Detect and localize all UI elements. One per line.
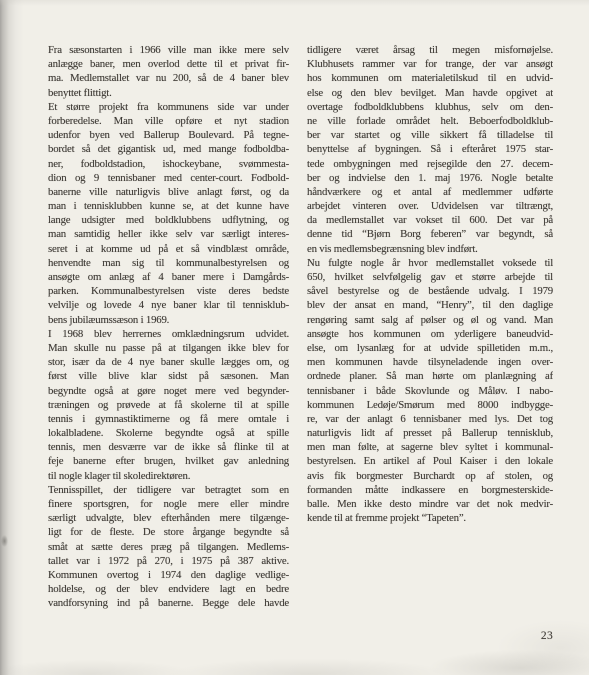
text-line: tidligere været årsag til megen misfornø… [307, 43, 553, 57]
text-line: parken. Kommunalbestyrelsen viste deres … [48, 284, 289, 298]
text-line: bordet så det gigantisk ud, med mange fo… [48, 142, 289, 156]
text-line: naturligvis lidt af presset på Ballerup … [307, 426, 553, 440]
text-line: træningen og prøvede at få skolerne til … [48, 398, 289, 412]
paragraph: Fra sæsonstarten i 1966 ville man ikke m… [48, 43, 289, 100]
text-line: anlægge baner, men overlod dette til et … [48, 57, 289, 71]
text-line: velvilje og lovede 4 nye baner klar til … [48, 298, 289, 312]
text-line: tallet var i 1972 på 270, i 1975 på 387 … [48, 554, 289, 568]
text-line: Man skulle nu passe på at tilgangen ikke… [48, 341, 289, 355]
text-line: bens jubilæumssæson i 1969. [48, 313, 289, 327]
text-line: benyttet flittigt. [48, 86, 289, 100]
text-line: ner, fodboldstadion, ishockeybane, svømm… [48, 157, 289, 171]
text-line: begyndte også at gøre noget mere ved beg… [48, 384, 289, 398]
text-line: finere sportsgren, for nogle mere eller … [48, 497, 289, 511]
text-line: ber var startet og ville sikkert få till… [307, 128, 553, 142]
text-line: Klubhusets rammer var for trange, der va… [307, 57, 553, 71]
text-line: else, om lysanlæg for at udvide spilleti… [307, 341, 553, 355]
text-line: blev der ansat en mand, “Henry”, til den… [307, 298, 553, 312]
text-line: dion og 9 tennisbaner med center-court. … [48, 171, 289, 185]
text-line: bestyrelsen. En artikel af Poul Kaiser i… [307, 454, 553, 468]
text-line: en vis medlemsbegrænsning blev indført. [307, 242, 553, 256]
text-line: rengøring samt salg af pølser og øl og v… [307, 313, 553, 327]
text-line: småt at sætte deres præg på tilgangen. M… [48, 540, 289, 554]
book-page: Fra sæsonstarten i 1966 ville man ikke m… [0, 0, 589, 675]
text-line: lange udsigter med boldklubbens udflytni… [48, 213, 289, 227]
page-number: 23 [307, 630, 553, 642]
text-line: stor, især da de 4 nye baner skulle lægg… [48, 355, 289, 369]
text-line: 650, hvilket selvfølgelig gav et større … [307, 270, 553, 284]
text-line: else og den blev bevilget. Man havde opg… [307, 86, 553, 100]
text-line: lokalbladene. Skolerne begyndte også at … [48, 426, 289, 440]
text-line: først ville blive klar sidst på sæsonen.… [48, 369, 289, 383]
text-line: seret i at komme ud på et så vindblæst o… [48, 242, 289, 256]
text-line: ligt for de fleste. De store årgange beg… [48, 525, 289, 539]
text-line: Tennisspillet, der tidligere var betragt… [48, 483, 289, 497]
text-line: formanden måtte indkassere en borgmester… [307, 483, 553, 497]
text-line: ne ville forlade området helt. Beboerfod… [307, 114, 553, 128]
text-line: I 1968 blev herrernes omklædningsrum udv… [48, 327, 289, 341]
text-line: men man følte, at sagerne blev syltet i … [307, 440, 553, 454]
paragraph: Tennisspillet, der tidligere var betragt… [48, 483, 289, 611]
text-line: men kommunen havde tilsyneladende ingen … [307, 355, 553, 369]
text-line: tennisbaner i både Skovlunde og Måløv. I… [307, 384, 553, 398]
paragraph: tidligere været årsag til megen misfornø… [307, 43, 553, 256]
text-line: avis fik borgmester Burchardt op af stol… [307, 469, 553, 483]
text-line: ansøgte om anlæg af 4 baner mere i Damgå… [48, 270, 289, 284]
text-line: ordnede planer. Så man hørte om planlægn… [307, 369, 553, 383]
text-line: re, var der anlagt 6 tennisbaner med lys… [307, 412, 553, 426]
text-line: til nogle klager til skoledirektøren. [48, 469, 289, 483]
text-line: særligt udvalgte, blev efterhånden mere … [48, 511, 289, 525]
text-line: ma. Medlemstallet var nu 200, så de 4 ba… [48, 71, 289, 85]
text-line: denne tid “Bjørn Borg feberen” var begyn… [307, 227, 553, 241]
text-line: ansøgte hos kommunen om yderligere baneu… [307, 327, 553, 341]
text-line: feje banerne efter brugen, hvilket gav a… [48, 454, 289, 468]
text-line: tennis i gymnastiktimerne og få mere omt… [48, 412, 289, 426]
text-line: Et større projekt fra kommunens side var… [48, 100, 289, 114]
text-line: man samtidig heller ikke selv var særlig… [48, 227, 289, 241]
text-line: holdelse, og der blev endvidere lagt en … [48, 582, 289, 596]
text-line: balle. Men ikke desto mindre var det nok… [307, 497, 553, 511]
paragraph: Nu fulgte nogle år hvor medlemstallet vo… [307, 256, 553, 526]
paragraph: Et større projekt fra kommunens side var… [48, 100, 289, 327]
text-line: kommunen Ledøje/Smørum med 8000 indbygge… [307, 398, 553, 412]
text-line: vandforsyning ind på banerne. Begge dele… [48, 596, 289, 610]
text-line: benyttelse af bygningen. Så i efteråret … [307, 142, 553, 156]
scan-edge-smudge [1, 535, 8, 547]
text-column-left: Fra sæsonstarten i 1966 ville man ikke m… [48, 43, 289, 611]
text-line: håndværkere og et antal af medlemmer udf… [307, 185, 553, 199]
text-line: Nu fulgte nogle år hvor medlemstallet vo… [307, 256, 553, 270]
text-line: da medlemstallet var vokset til 600. Det… [307, 213, 553, 227]
text-line: henvendte man sig til kommunalbestyrelse… [48, 256, 289, 270]
text-line: man i tennisklubben kunne se, at det kun… [48, 199, 289, 213]
text-line: Fra sæsonstarten i 1966 ville man ikke m… [48, 43, 289, 57]
text-line: tennis, men desværre var de ikke så flin… [48, 440, 289, 454]
text-line: kende til at fremme projekt “Tapeten”. [307, 511, 553, 525]
text-line: overtage fodboldklubbens klubhus, selv o… [307, 100, 553, 114]
paragraph: I 1968 blev herrernes omklædningsrum udv… [48, 327, 289, 483]
text-line: såvel bestyrelse og de bestående udvalg.… [307, 284, 553, 298]
text-line: udenfor byen ved Ballerup Boulevard. På … [48, 128, 289, 142]
text-column-right: tidligere været årsag til megen misfornø… [307, 43, 553, 525]
text-line: forberedelse. Man ville opføre et nyt st… [48, 114, 289, 128]
text-line: arbejdet vinteren over. Udvidelsen var t… [307, 199, 553, 213]
text-line: ber og indvielse den 1. maj 1976. Nogle … [307, 171, 553, 185]
text-line: hos kommunen om materialetilskud til en … [307, 71, 553, 85]
text-line: banerne ville naturligvis blive anlagt f… [48, 185, 289, 199]
text-line: tede ombygningen med rejsegilde den 27. … [307, 157, 553, 171]
text-line: Kommunen overtog i 1974 den daglige vedl… [48, 568, 289, 582]
